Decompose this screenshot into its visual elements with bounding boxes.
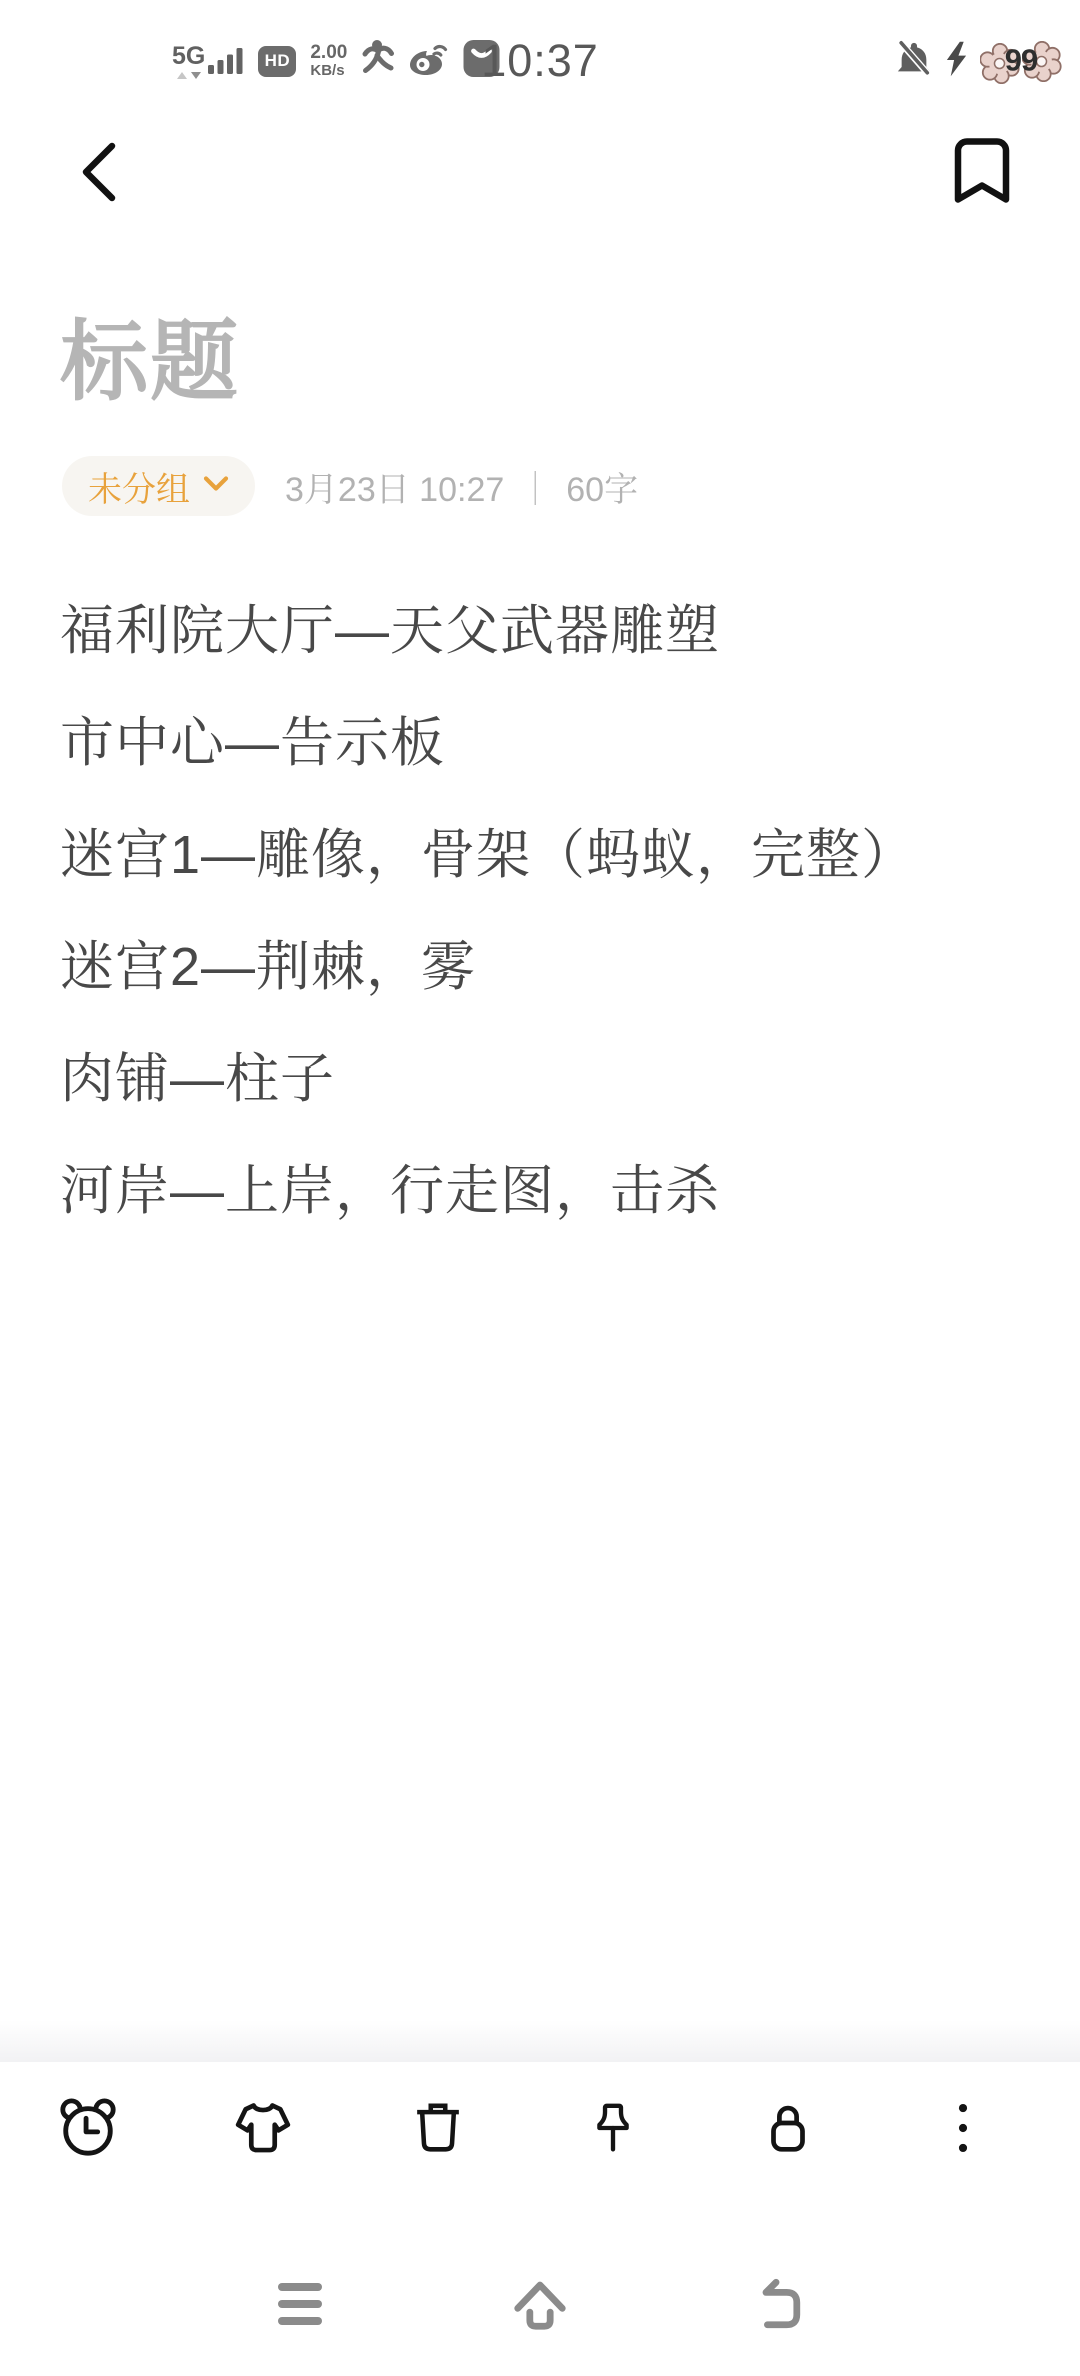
battery-percent: 99	[1005, 42, 1037, 78]
note-date: 3月23日 10:27	[285, 462, 504, 511]
clock-time: 10:37	[481, 30, 599, 92]
alarm-icon	[57, 2097, 119, 2164]
bookmark-button[interactable]	[954, 137, 1010, 205]
toolbar-top-shadow	[0, 2020, 1080, 2062]
hd-icon: HD	[258, 46, 296, 77]
more-kebab-icon	[934, 2099, 992, 2162]
lock-icon	[759, 2099, 817, 2162]
network-speed: 2.00 KB/s	[310, 43, 347, 79]
status-right-cluster: 99	[895, 30, 1062, 92]
shirt-skin-icon	[233, 2098, 293, 2163]
title-input[interactable]: 标题	[60, 318, 240, 406]
alarm-reminder-button[interactable]	[0, 2097, 175, 2164]
charging-bolt-icon	[944, 40, 969, 83]
note-line[interactable]: 福利院大厅—天父武器雕塑	[60, 570, 1050, 682]
category-label: 未分组	[88, 462, 190, 511]
back-button[interactable]	[78, 140, 118, 204]
note-editor[interactable]: 福利院大厅—天父武器雕塑 市中心—告示板 迷宫1—雕像，骨架（蚂蚁，完整） 迷宫…	[60, 570, 1050, 1242]
word-count: 60字	[566, 462, 638, 511]
note-line[interactable]: 肉铺—柱子	[60, 1018, 1050, 1130]
recents-menu-icon	[276, 2313, 324, 2330]
status-left-cluster: 5G HD 2.00 KB/s	[172, 30, 500, 92]
status-bar: 5G HD 2.00 KB/s	[0, 30, 1080, 92]
data-arrows-icon	[177, 72, 201, 79]
recents-menu-button[interactable]	[276, 2282, 324, 2331]
nav-back-button[interactable]	[750, 2277, 806, 2336]
more-options-button[interactable]	[875, 2099, 1050, 2162]
pin-note-button[interactable]	[525, 2099, 700, 2162]
sports-figure-icon	[361, 40, 395, 83]
home-icon	[509, 2318, 571, 2335]
bottom-toolbar	[0, 2062, 1080, 2198]
home-button[interactable]	[509, 2274, 571, 2336]
delete-button[interactable]	[350, 2099, 525, 2162]
flower-battery-icon: 99	[980, 38, 1062, 84]
weibo-icon	[409, 42, 449, 81]
note-line[interactable]: 迷宫1—雕像，骨架（蚂蚁，完整）	[60, 794, 1050, 906]
signal-bars-icon	[208, 47, 244, 79]
chevron-down-icon	[203, 475, 229, 497]
nav-back-icon	[750, 2318, 806, 2335]
skin-theme-button[interactable]	[175, 2098, 350, 2163]
lock-note-button[interactable]	[700, 2099, 875, 2162]
note-line[interactable]: 市中心—告示板	[60, 682, 1050, 794]
signal-group: 5G	[172, 44, 244, 79]
back-chevron-icon	[78, 191, 118, 208]
note-line[interactable]: 迷宫2—荆棘，雾	[60, 906, 1050, 1018]
note-line[interactable]: 河岸—上岸，行走图，击杀	[60, 1130, 1050, 1242]
network-type-label: 5G	[172, 44, 205, 69]
pin-icon	[584, 2099, 642, 2162]
bookmark-icon	[954, 192, 1010, 209]
notification-off-icon	[895, 39, 933, 84]
trash-icon	[409, 2099, 467, 2162]
category-selector[interactable]: 未分组	[62, 456, 255, 516]
meta-separator: ｜	[518, 462, 552, 511]
note-meta-row: 未分组 3月23日 10:27 ｜ 60字	[62, 455, 638, 517]
